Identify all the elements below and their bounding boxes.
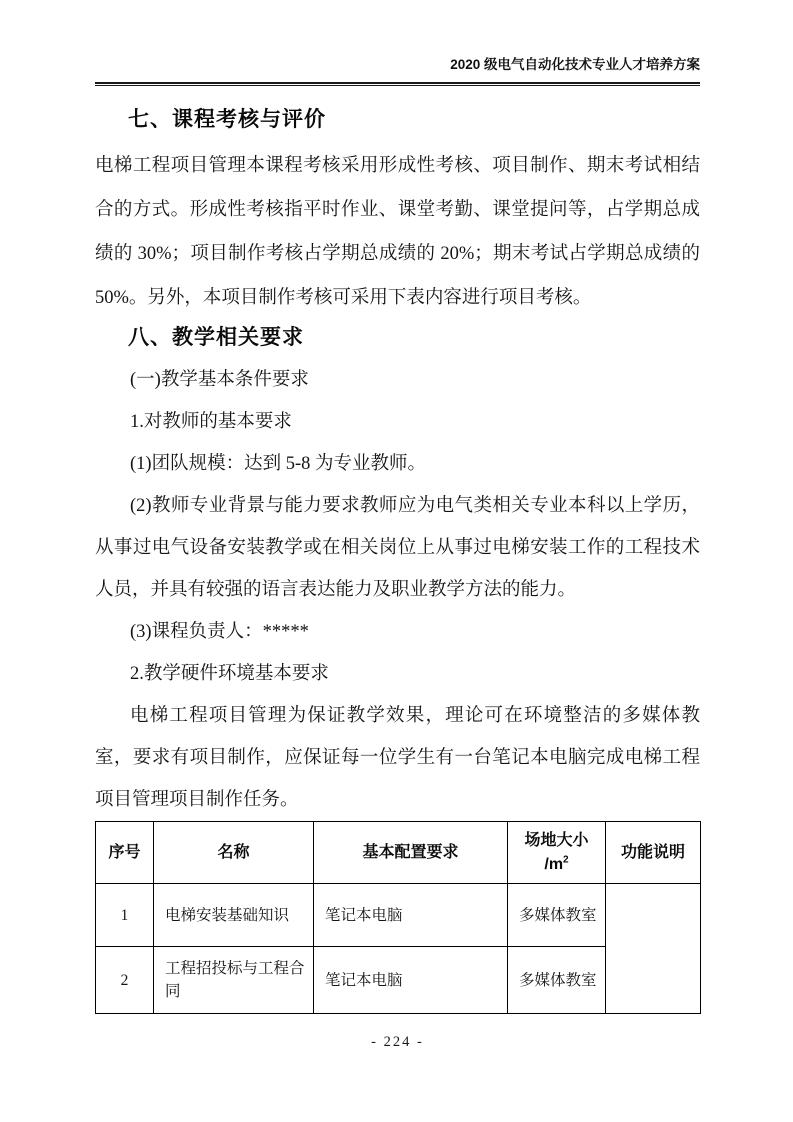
page-header: 2020 级电气自动化技术专业人才培养方案 bbox=[95, 55, 700, 75]
hardware-env-paragraph: 电梯工程项目管理为保证教学效果，理论可在环境整洁的多媒体教室，要求有项目制作，应… bbox=[95, 695, 700, 821]
col-header-config: 基本配置要求 bbox=[314, 822, 508, 884]
teacher-requirements-title: 1.对教师的基本要求 bbox=[130, 401, 700, 443]
table-row: 1 电梯安装基础知识 笔记本电脑 多媒体教室 bbox=[96, 884, 701, 947]
page-number: - 224 - bbox=[371, 1034, 424, 1050]
cell-row2-config: 笔记本电脑 bbox=[314, 947, 508, 1014]
cell-row1-config: 笔记本电脑 bbox=[314, 884, 508, 947]
cell-row2-name: 工程招投标与工程合同 bbox=[154, 947, 314, 1014]
site-unit-base: /m bbox=[544, 856, 563, 873]
header-rule bbox=[95, 82, 700, 86]
section7-heading: 七、课程考核与评价 bbox=[128, 106, 700, 133]
cell-row1-name: 电梯安装基础知识 bbox=[154, 884, 314, 947]
team-size-item: (1)团队规模：达到 5-8 为专业教师。 bbox=[130, 443, 700, 485]
col-header-site-line2: /m2 bbox=[510, 853, 603, 877]
col-header-site-line1: 场地大小 bbox=[510, 829, 603, 853]
cell-row1-no: 1 bbox=[96, 884, 154, 947]
teacher-background-paragraph: (2)教师专业背景与能力要求教师应为电气类相关专业本科以上学历，从事过电气设备安… bbox=[95, 485, 700, 611]
cell-row1-site: 多媒体教室 bbox=[508, 884, 606, 947]
header-rule-thick-line bbox=[95, 82, 700, 84]
col-header-no: 序号 bbox=[96, 822, 154, 884]
col-header-site: 场地大小 /m2 bbox=[508, 822, 606, 884]
section7-paragraph: 电梯工程项目管理本课程考核采用形成性考核、项目制作、期末考试相结合的方式。形成性… bbox=[95, 144, 700, 320]
requirements-table: 序号 名称 基本配置要求 场地大小 /m2 功能说明 1 电梯安装基础知识 笔记… bbox=[95, 821, 701, 1014]
table-header-row: 序号 名称 基本配置要求 场地大小 /m2 功能说明 bbox=[96, 822, 701, 884]
cell-row2-no: 2 bbox=[96, 947, 154, 1014]
col-header-name: 名称 bbox=[154, 822, 314, 884]
col-header-func: 功能说明 bbox=[606, 822, 701, 884]
section8-sub1-title: (一)教学基本条件要求 bbox=[130, 359, 700, 401]
header-rule-thin-line bbox=[95, 85, 700, 86]
cell-row2-site: 多媒体教室 bbox=[508, 947, 606, 1014]
course-leader-item: (3)课程负责人：***** bbox=[130, 611, 700, 653]
hardware-env-title: 2.教学硬件环境基本要求 bbox=[130, 653, 700, 695]
site-unit-superscript: 2 bbox=[563, 854, 569, 865]
page-footer: - 224 - bbox=[95, 1034, 700, 1051]
cell-func-merged bbox=[606, 884, 701, 1014]
header-title: 2020 级电气自动化技术专业人才培养方案 bbox=[450, 57, 700, 72]
section8-heading: 八、教学相关要求 bbox=[128, 324, 700, 351]
document-page: 2020 级电气自动化技术专业人才培养方案 七、课程考核与评价 电梯工程项目管理… bbox=[0, 0, 793, 1122]
